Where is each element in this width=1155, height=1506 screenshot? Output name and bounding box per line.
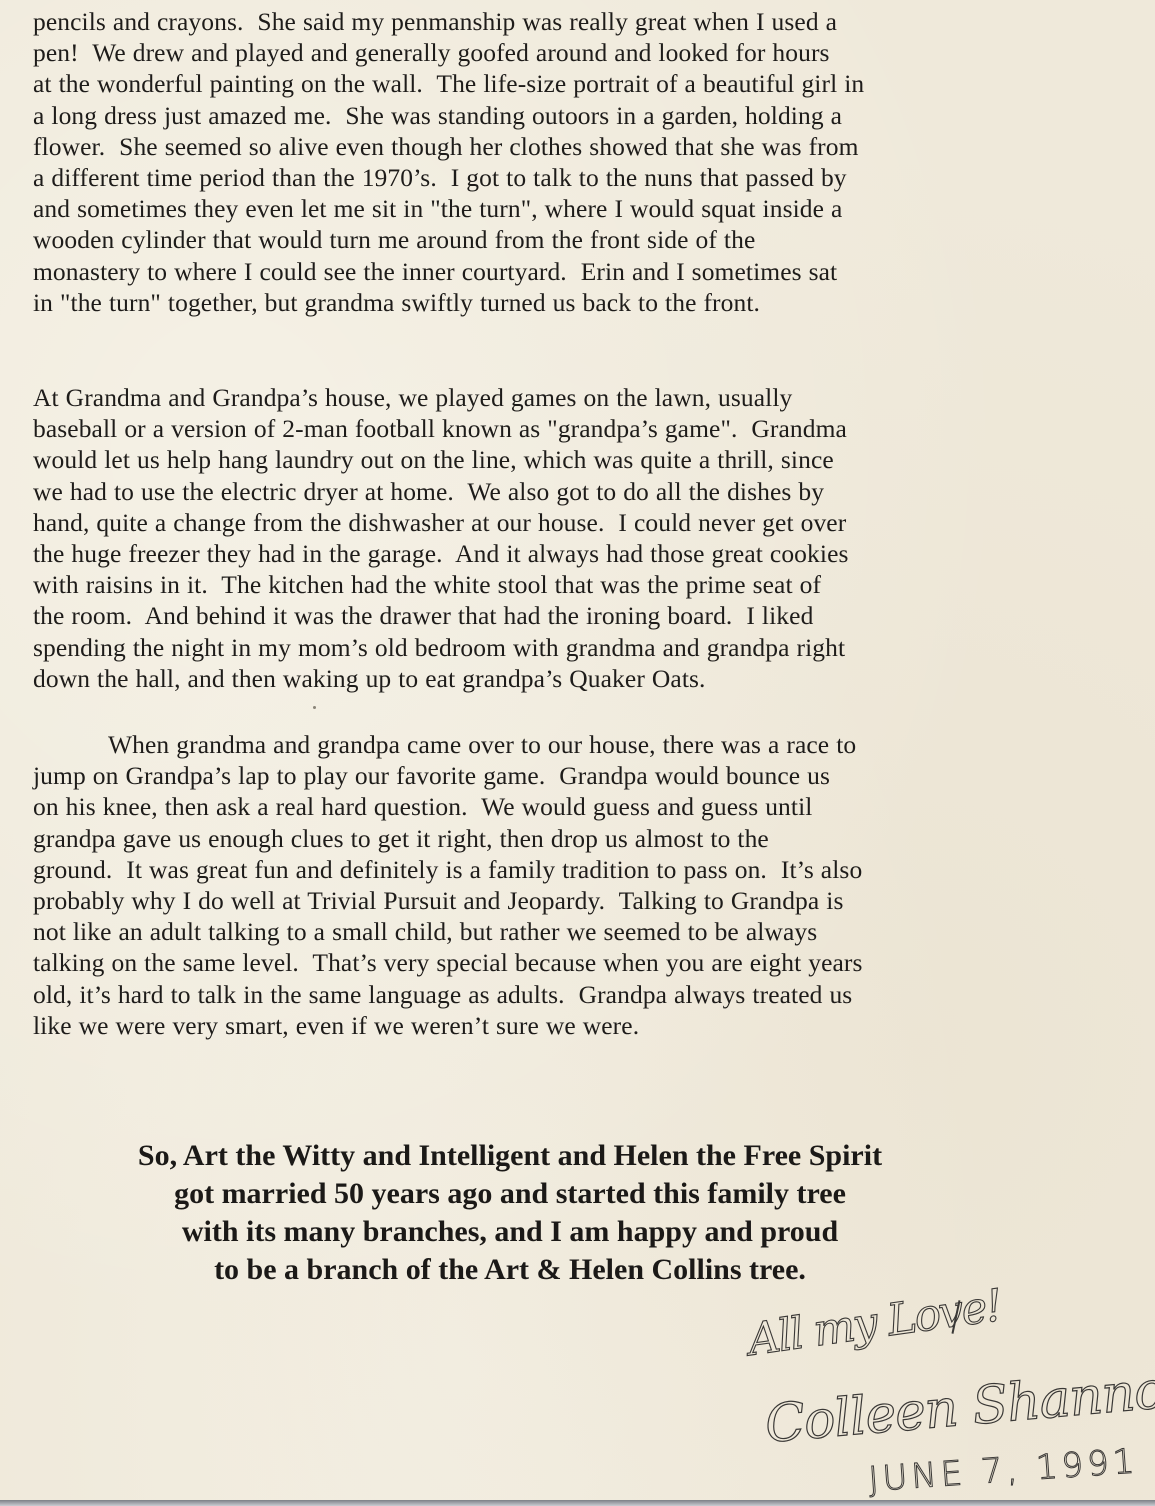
handwritten-greeting: All my Love! [745,1280,1004,1366]
scanner-bottom-edge [0,1500,1155,1506]
text-line: on his knee, then ask a real hard questi… [33,791,863,822]
text-line: flower. She seemed so alive even though … [33,131,864,162]
text-line: pen! We drew and played and generally go… [33,37,864,68]
scanned-letter-page: pencils and crayons. She said my penmans… [0,0,1155,1500]
text-line: down the hall, and then waking up to eat… [33,663,849,694]
handwritten-date: JUNE 7, 1991 [867,1441,1140,1500]
text-line: and sometimes they even let me sit in "t… [33,193,864,224]
text-line: not like an adult talking to a small chi… [33,916,863,947]
text-line: jump on Grandpa’s lap to play our favori… [33,760,863,791]
text-line: we had to use the electric dryer at home… [33,476,849,507]
text-line: the huge freezer they had in the garage.… [33,538,849,569]
text-line: a long dress just amazed me. She was sta… [33,100,864,131]
handwritten-signature: Colleen Shannon [763,1358,1155,1455]
text-line: in "the turn" together, but grandma swif… [33,287,864,318]
text-line: baseball or a version of 2-man football … [33,413,849,444]
paragraph-grandparents-house: At Grandma and Grandpa’s house, we playe… [33,382,849,694]
paper-speck [313,706,316,709]
closing-line: got married 50 years ago and started thi… [0,1175,1020,1213]
closing-line: to be a branch of the Art & Helen Collin… [0,1251,1020,1289]
text-line: probably why I do well at Trivial Pursui… [33,885,863,916]
text-line: When grandma and grandpa came over to ou… [33,729,863,760]
text-line: ground. It was great fun and definitely … [33,854,863,885]
text-line: a different time period than the 1970’s.… [33,162,864,193]
text-line: at the wonderful painting on the wall. T… [33,68,864,99]
closing-line: So, Art the Witty and Intelligent and He… [0,1137,1020,1175]
text-line: with raisins in it. The kitchen had the … [33,569,849,600]
text-line: like we were very smart, even if we were… [33,1010,863,1041]
text-line: spending the night in my mom’s old bedro… [33,632,849,663]
text-line: wooden cylinder that would turn me aroun… [33,224,864,255]
text-line: hand, quite a change from the dishwasher… [33,507,849,538]
text-line: talking on the same level. That’s very s… [33,947,863,978]
text-line: old, it’s hard to talk in the same langu… [33,979,863,1010]
text-line: pencils and crayons. She said my penmans… [33,6,864,37]
paragraph-grandpa-game: When grandma and grandpa came over to ou… [33,729,863,1041]
text-line: the room. And behind it was the drawer t… [33,600,849,631]
closing-dedication: So, Art the Witty and Intelligent and He… [0,1137,1020,1289]
text-line: monastery to where I could see the inner… [33,256,864,287]
text-line: At Grandma and Grandpa’s house, we playe… [33,382,849,413]
text-line: would let us help hang laundry out on th… [33,444,849,475]
paragraph-grandma-monastery: pencils and crayons. She said my penmans… [33,6,864,318]
closing-line: with its many branches, and I am happy a… [0,1213,1020,1251]
text-line: grandpa gave us enough clues to get it r… [33,823,863,854]
